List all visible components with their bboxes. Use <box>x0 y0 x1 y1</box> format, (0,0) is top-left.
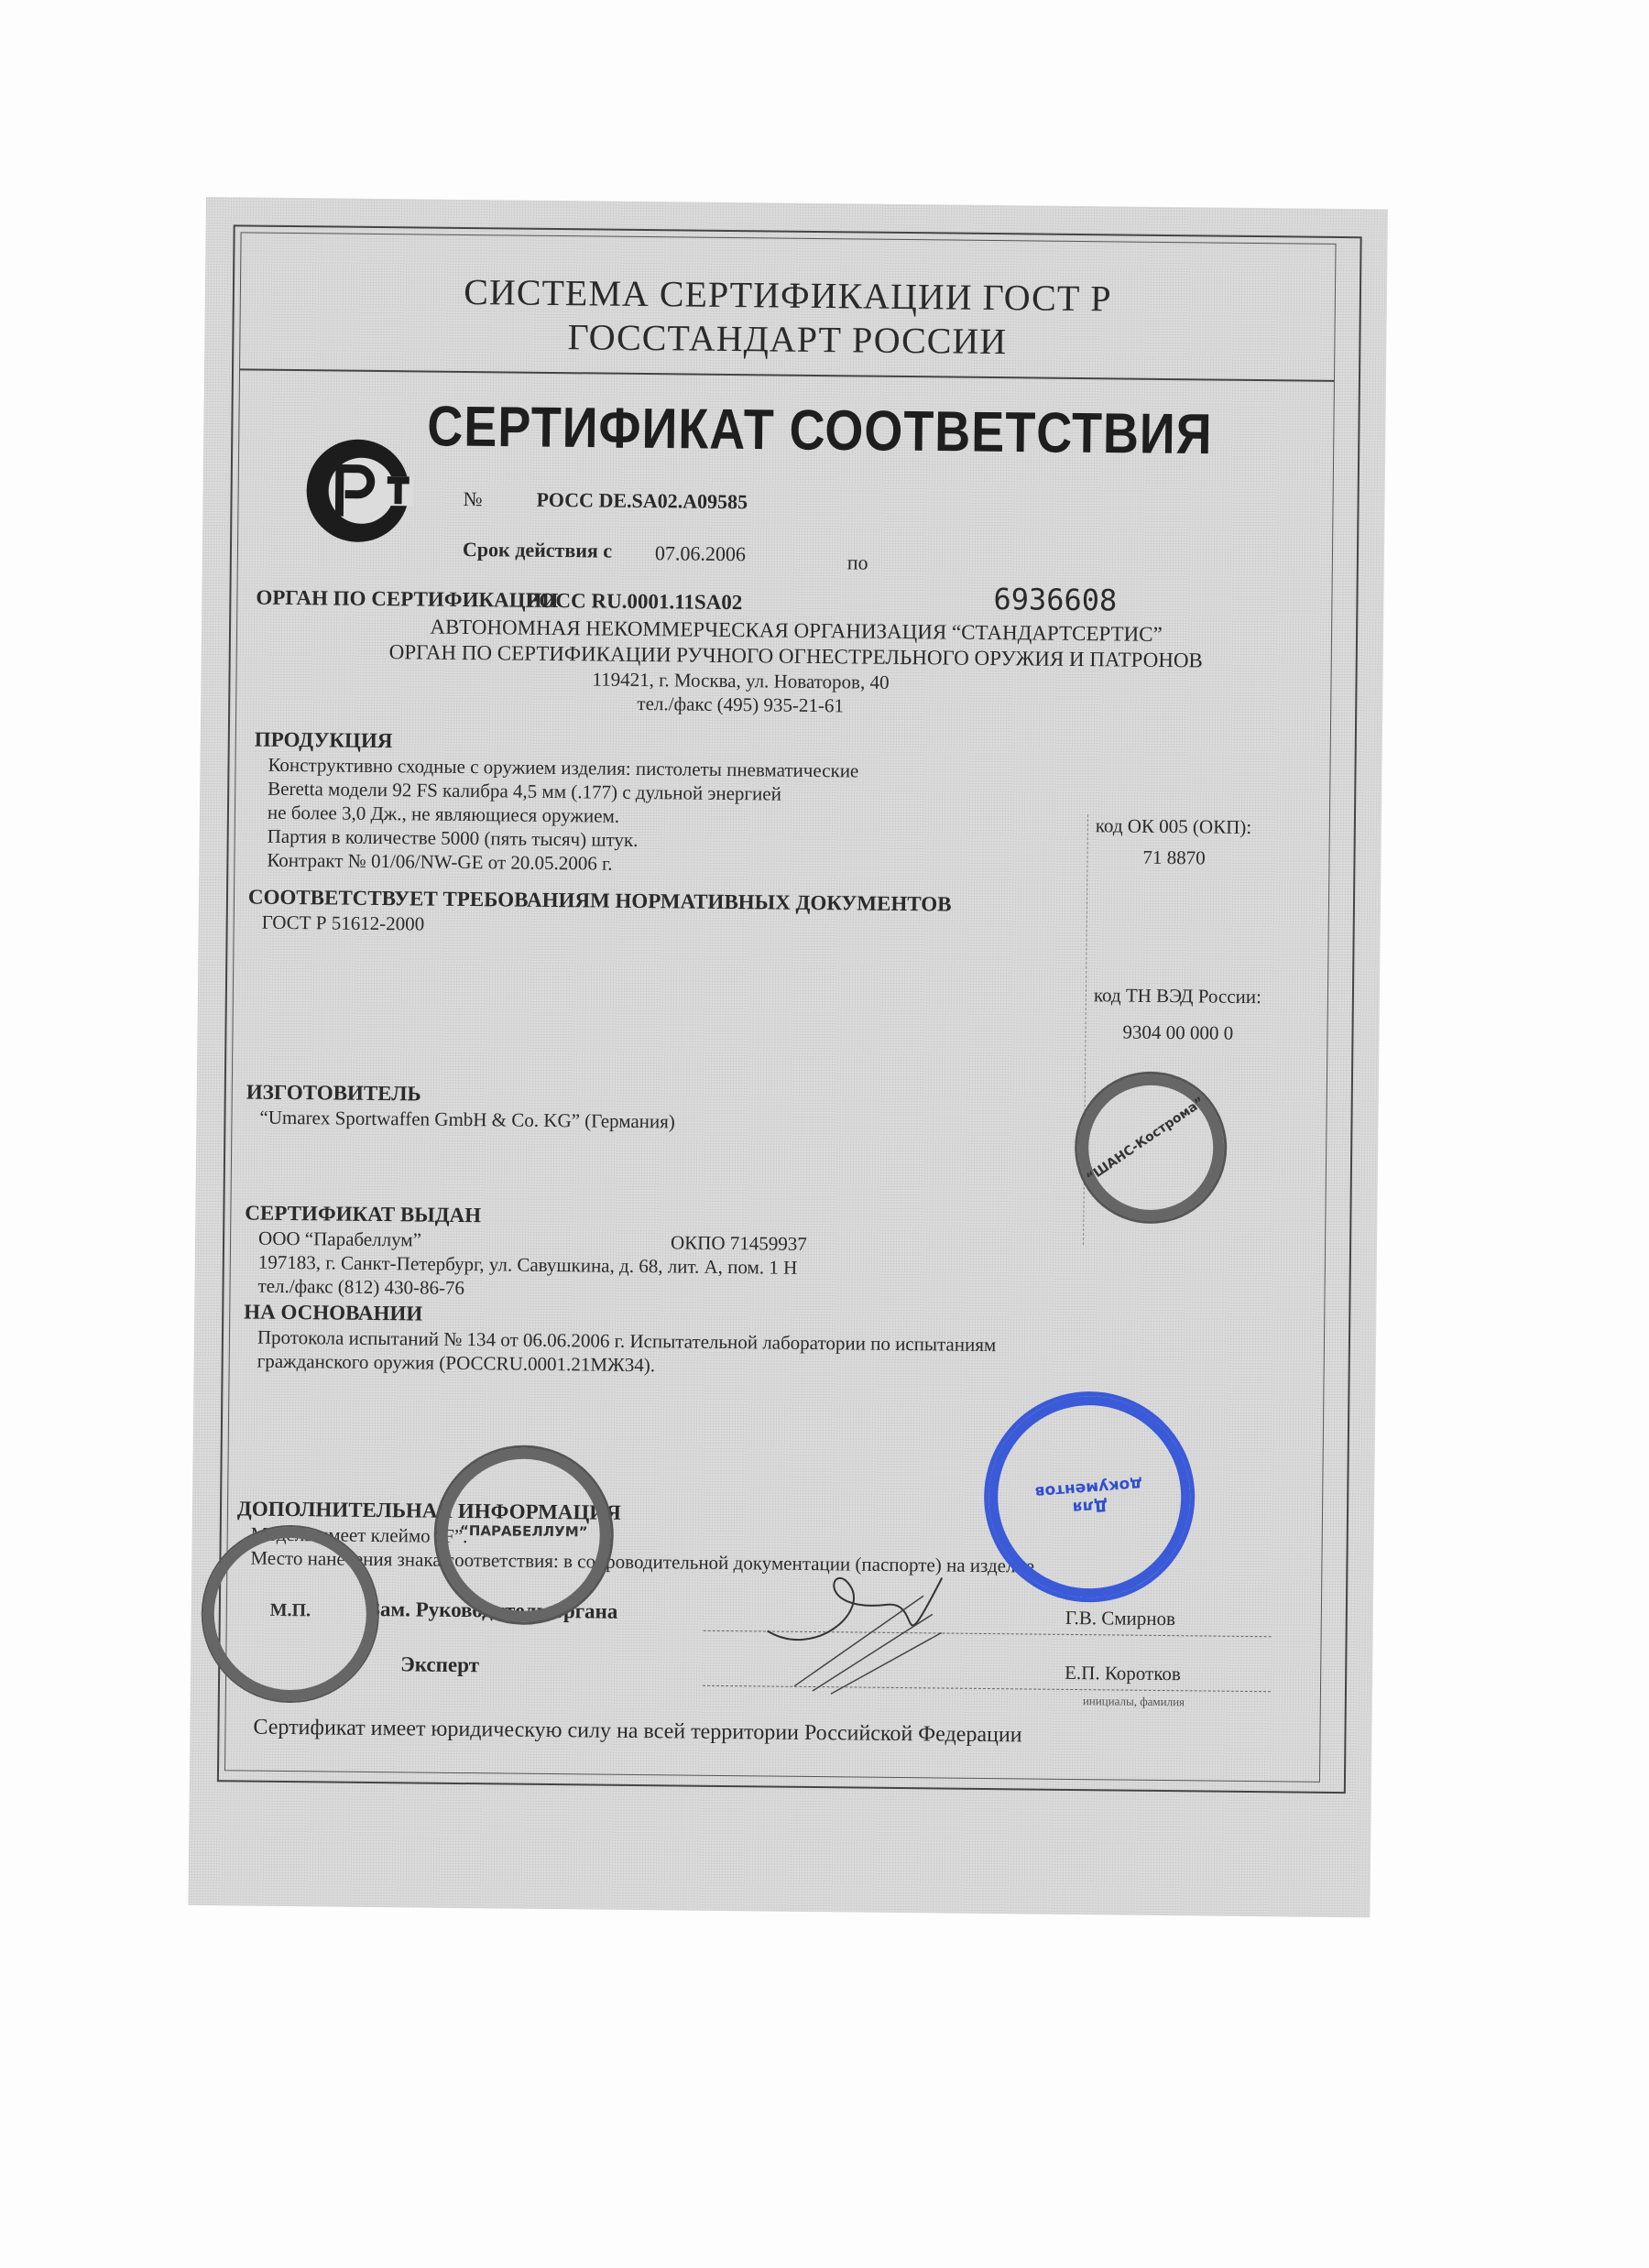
expert-name: Е.П. Коротков <box>1065 1662 1181 1685</box>
issued-to-name: ООО “Парабеллум” <box>258 1227 421 1252</box>
signature-caption: инициалы, фамилия <box>1083 1694 1185 1709</box>
inner-frame: СИСТЕМА СЕРТИФИКАЦИИ ГОСТ Р ГОССТАНДАРТ … <box>224 232 1337 1782</box>
compliance-standard: ГОСТ Р 51612-2000 <box>262 911 425 936</box>
parabellum-stamp: “ПАРАБЕЛЛУМ” <box>433 1445 615 1626</box>
rst-logo-icon <box>302 435 413 546</box>
cert-number-label: № <box>463 487 482 511</box>
product-line: Партия в количестве 5000 (пять тысяч) шт… <box>268 825 639 852</box>
product-line: Контракт № 01/06/NW-GE от 20.05.2006 г. <box>267 849 612 876</box>
cert-body-label: ОРГАН ПО СЕРТИФИКАЦИИ <box>256 586 558 613</box>
manufacturer-label: ИЗГОТОВИТЕЛЬ <box>246 1081 421 1107</box>
stamp-text: М.П. <box>203 1599 377 1622</box>
expert-label: Эксперт <box>400 1652 479 1677</box>
manufacturer-name: “Umarex Sportwaffen GmbH & Co. KG” (Герм… <box>259 1107 675 1134</box>
issued-to-okpo: ОКПО 71459937 <box>671 1231 807 1256</box>
header-divider <box>240 368 1334 382</box>
head-signatory-name: Г.В. Смирнов <box>1065 1607 1175 1630</box>
standartsertis-stamp: М.П. <box>201 1524 380 1704</box>
validity-label: Срок действия с <box>463 538 612 563</box>
product-label: ПРОДУКЦИЯ <box>255 728 393 754</box>
signature-scribble-icon <box>758 1557 961 1696</box>
stamp-text: Для документов <box>988 1471 1191 1523</box>
legal-force-note: Сертификат имеет юридическую силу на все… <box>253 1716 1021 1749</box>
okp-value: 71 8870 <box>1142 846 1206 870</box>
valid-to-label: по <box>847 551 868 574</box>
serial-number: 6936608 <box>993 582 1117 617</box>
issued-to-label: СЕРТИФИКАТ ВЫДАН <box>245 1202 481 1228</box>
issued-to-phone: тел./факс (812) 430-86-76 <box>257 1275 464 1300</box>
cert-number: РОСС DE.SA02.A09585 <box>536 488 748 514</box>
tnved-label: код ТН ВЭД России: <box>1094 984 1261 1009</box>
stamp-text: “ПАРАБЕЛЛУМ” <box>437 1522 611 1541</box>
okp-label: код ОК 005 (ОКП): <box>1096 814 1252 839</box>
product-line: не более 3,0 Дж., не являющиеся оружием. <box>268 801 619 828</box>
outer-frame: СИСТЕМА СЕРТИФИКАЦИИ ГОСТ Р ГОССТАНДАРТ … <box>217 224 1362 1794</box>
valid-from: 07.06.2006 <box>655 541 746 566</box>
certificate-page: СИСТЕМА СЕРТИФИКАЦИИ ГОСТ Р ГОССТАНДАРТ … <box>188 197 1387 1917</box>
stamp-text: “ШАНС-Кострома” <box>1081 1093 1210 1188</box>
basis-label: НА ОСНОВАНИИ <box>244 1300 422 1325</box>
tnved-value: 9304 00 000 0 <box>1122 1021 1233 1045</box>
basis-line: гражданского оружия (РОССRU.0001.21МЖ34)… <box>257 1350 656 1378</box>
cert-body-code: РОСС RU.0001.11SA02 <box>526 589 742 615</box>
document-title: СЕРТИФИКАТ СООТВЕТСТВИЯ <box>427 394 1213 467</box>
